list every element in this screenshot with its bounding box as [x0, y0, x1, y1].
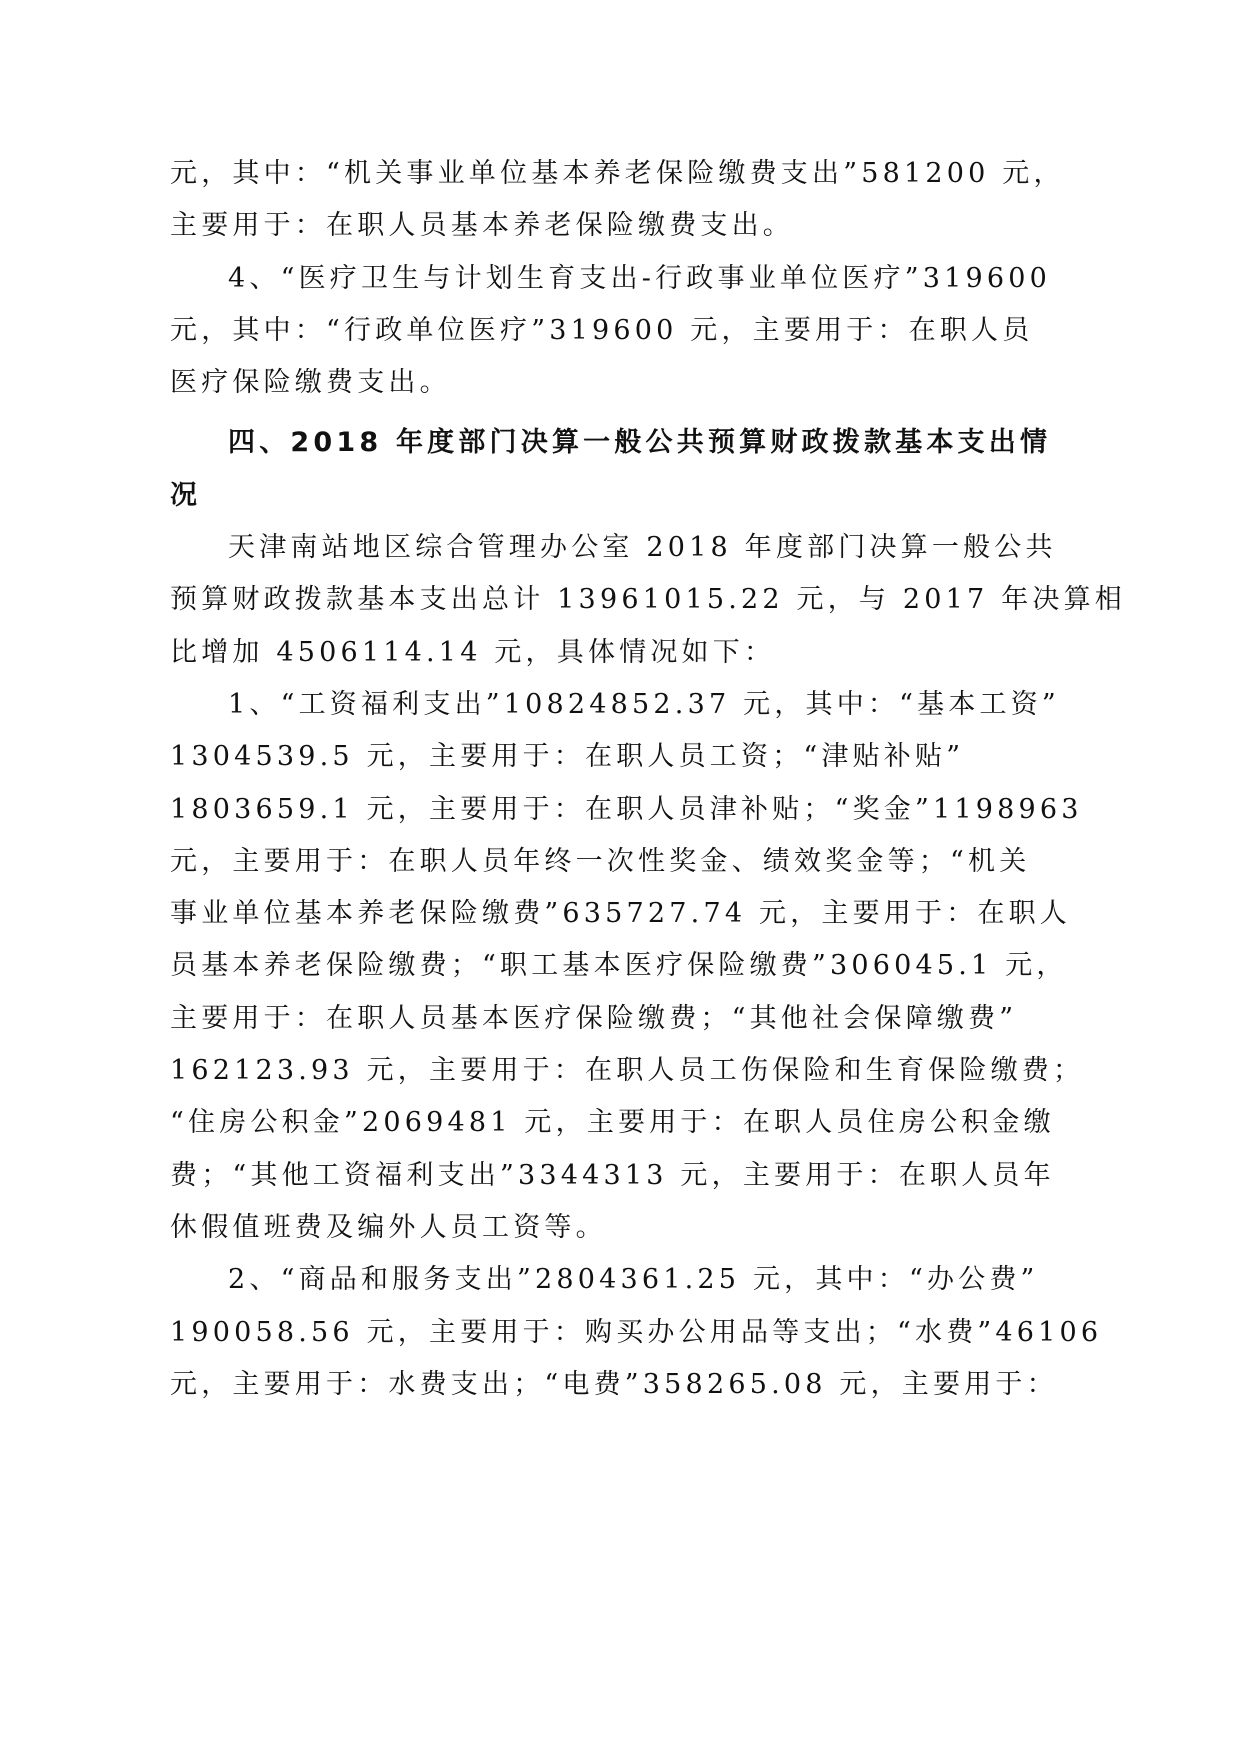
document-page: 元，其中：“机关事业单位基本养老保险缴费支出”581200 元， 主要用于：在职… — [0, 0, 1241, 1754]
paragraph-line: 医疗保险缴费支出。 — [170, 357, 1070, 409]
paragraph-line: 元，主要用于：在职人员年终一次性奖金、绩效奖金等；“机关 — [170, 836, 1070, 888]
paragraph-line: 4、“医疗卫生与计划生育支出-行政事业单位医疗”319600 — [170, 253, 1070, 305]
document-body: 元，其中：“机关事业单位基本养老保险缴费支出”581200 元， 主要用于：在职… — [170, 148, 1070, 1411]
paragraph-line: 元，主要用于：水费支出；“电费”358265.08 元，主要用于： — [170, 1359, 1070, 1411]
section-heading: 四、2018 年度部门决算一般公共预算财政拨款基本支出情 — [170, 417, 1070, 469]
paragraph-line: 预算财政拨款基本支出总计 13961015.22 元，与 2017 年决算相 — [170, 574, 1070, 626]
paragraph-line: 主要用于：在职人员基本医疗保险缴费；“其他社会保障缴费” — [170, 993, 1070, 1045]
paragraph-line: 1803659.1 元，主要用于：在职人员津补贴；“奖金”1198963 — [170, 784, 1070, 836]
paragraph-line: 1、“工资福利支出”10824852.37 元，其中：“基本工资” — [170, 679, 1070, 731]
paragraph-line: 事业单位基本养老保险缴费”635727.74 元，主要用于：在职人 — [170, 888, 1070, 940]
paragraph-line: 比增加 4506114.14 元，具体情况如下： — [170, 627, 1070, 679]
paragraph-line: 元，其中：“行政单位医疗”319600 元，主要用于：在职人员 — [170, 305, 1070, 357]
paragraph-line: 1304539.5 元，主要用于：在职人员工资；“津贴补贴” — [170, 731, 1070, 783]
paragraph-line: 员基本养老保险缴费；“职工基本医疗保险缴费”306045.1 元， — [170, 940, 1070, 992]
paragraph-line: 休假值班费及编外人员工资等。 — [170, 1202, 1070, 1254]
paragraph-line: “住房公积金”2069481 元，主要用于：在职人员住房公积金缴 — [170, 1097, 1070, 1149]
paragraph-line: 190058.56 元，主要用于：购买办公用品等支出；“水费”46106 — [170, 1307, 1070, 1359]
paragraph-line: 2、“商品和服务支出”2804361.25 元，其中：“办公费” — [170, 1254, 1070, 1306]
paragraph-line: 元，其中：“机关事业单位基本养老保险缴费支出”581200 元， — [170, 148, 1070, 200]
section-heading-continued: 况 — [170, 470, 1070, 522]
paragraph-line: 162123.93 元，主要用于：在职人员工伤保险和生育保险缴费； — [170, 1045, 1070, 1097]
paragraph-line: 费；“其他工资福利支出”3344313 元，主要用于：在职人员年 — [170, 1150, 1070, 1202]
paragraph-line: 主要用于：在职人员基本养老保险缴费支出。 — [170, 200, 1070, 252]
paragraph-line: 天津南站地区综合管理办公室 2018 年度部门决算一般公共 — [170, 522, 1070, 574]
